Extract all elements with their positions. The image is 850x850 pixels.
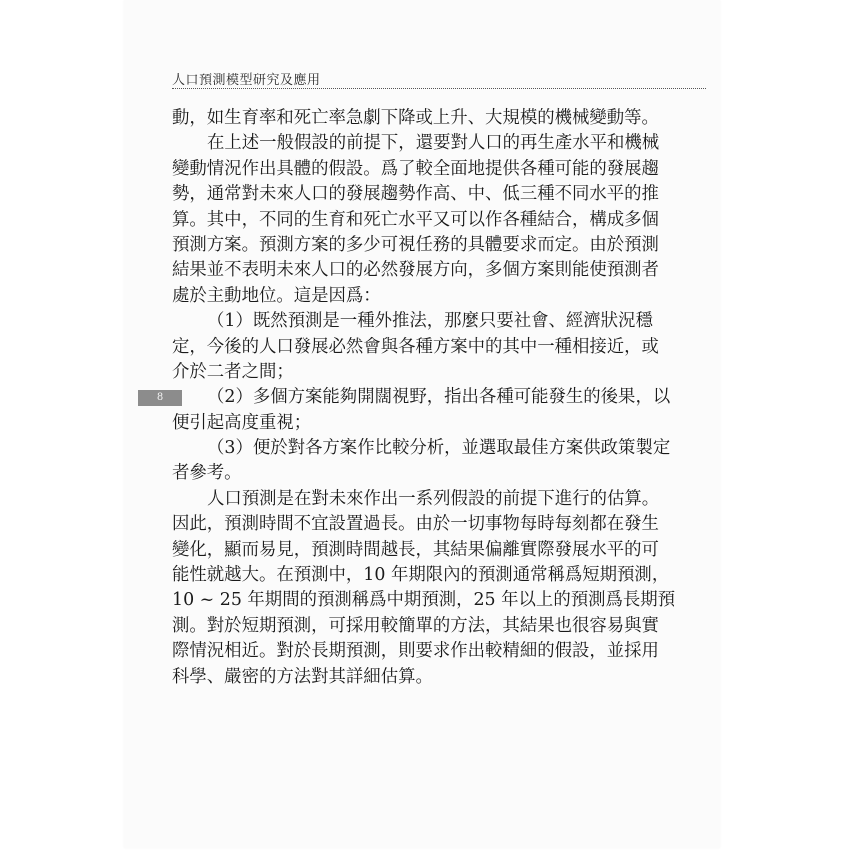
- text-line: 算。其中，不同的生育和死亡水平又可以作各種結合，構成多個: [172, 208, 706, 233]
- running-head-dotted-rule: [172, 88, 706, 89]
- list-item-2: （2）多個方案能夠開闊視野，指出各種可能發生的後果，以: [172, 385, 706, 410]
- running-head-title: 人口預測模型研究及應用: [172, 73, 706, 89]
- text-line: 結果並不表明未來人口的必然發展方向，多個方案則能使預測者: [172, 258, 706, 283]
- text-line: 介於二者之間；: [172, 360, 706, 385]
- text-line: 定，今後的人口發展必然會與各種方案中的其中一種相接近，或: [172, 335, 706, 360]
- text-line: 變動情況作出具體的假設。爲了較全面地提供各種可能的發展趨: [172, 157, 706, 182]
- text-line: 科學、嚴密的方法對其詳細估算。: [172, 665, 706, 690]
- text-line: 因此，預測時間不宜設置過長。由於一切事物每時每刻都在發生: [172, 512, 706, 537]
- text-line: 變化，顯而易見，預測時間越長，其結果偏離實際發展水平的可: [172, 538, 706, 563]
- text-line: 能性就越大。在預測中，10 年期限內的預測通常稱爲短期預測，: [172, 563, 706, 588]
- text-line: 際情況相近。對於長期預測，則要求作出較精細的假設，並採用: [172, 639, 706, 664]
- text-line: 動，如生育率和死亡率急劇下降或上升、大規模的機械變動等。: [172, 106, 706, 131]
- body-text: 動，如生育率和死亡率急劇下降或上升、大規模的機械變動等。 在上述一般假設的前提下…: [172, 106, 706, 690]
- text-line: 測。對於短期預測，可採用較簡單的方法，其結果也很容易與實: [172, 614, 706, 639]
- list-item-1: （1）既然預測是一種外推法，那麼只要社會、經濟狀況穩: [172, 309, 706, 334]
- text-line: 勢，通常對未來人口的發展趨勢作高、中、低三種不同水平的推: [172, 182, 706, 207]
- text-line: 在上述一般假設的前提下，還要對人口的再生產水平和機械: [172, 131, 706, 156]
- text-line: 者參考。: [172, 461, 706, 486]
- text-line: 處於主動地位。這是因爲：: [172, 284, 706, 309]
- list-item-3: （3）便於對各方案作比較分析，並選取最佳方案供政策製定: [172, 436, 706, 461]
- text-line: 預測方案。預測方案的多少可視任務的具體要求而定。由於預測: [172, 233, 706, 258]
- text-line: 10 ~ 25 年期間的預測稱爲中期預測，25 年以上的預測爲長期預: [172, 588, 706, 613]
- text-line: 便引起高度重視；: [172, 411, 706, 436]
- text-line: 人口預測是在對未來作出一系列假設的前提下進行的估算。: [172, 487, 706, 512]
